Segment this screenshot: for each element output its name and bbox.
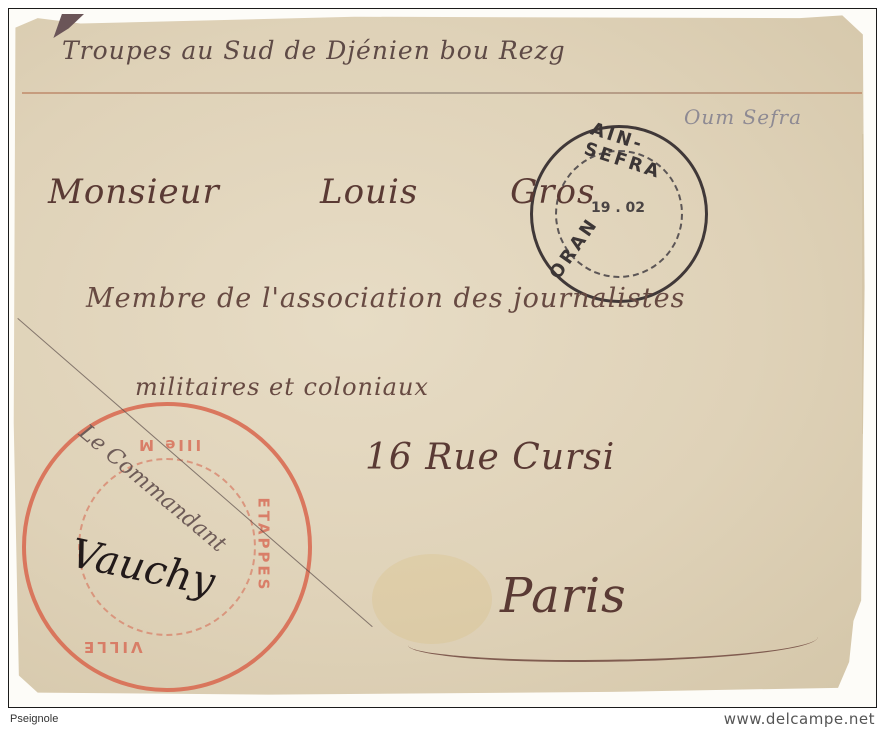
seal-side-text: ETAPPES [254, 498, 272, 593]
pencil-annotation: Oum Sefra [684, 105, 802, 129]
address-salutation: Monsieur [48, 172, 220, 212]
red-military-seal: IIIe M ETAPPES VILLE [22, 402, 312, 692]
address-recipient-name: Louis Gros [320, 172, 595, 212]
recipient-surname: Gros [510, 172, 595, 212]
address-street: 16 Rue Cursi [365, 437, 615, 478]
seller-name: Pseignole [10, 713, 58, 725]
seal-bottom-text: VILLE [81, 638, 143, 656]
site-watermark: www.delcampe.net [724, 710, 875, 728]
postmark-date: 19 . 02 [591, 200, 645, 216]
address-line-association: Membre de l'association des journalistes [86, 283, 685, 314]
troops-header-note: Troupes au Sud de Djénien bou Rezg [62, 36, 566, 65]
seal-top-text: IIIe M [136, 436, 201, 454]
address-city: Paris [500, 568, 627, 624]
header-rule-line [22, 92, 862, 94]
recipient-first-name: Louis [320, 172, 418, 212]
ain-sefra-postmark: AIN-SEFRA ORAN 19 . 02 [530, 125, 708, 303]
address-line-military: militaires et coloniaux [135, 373, 429, 401]
